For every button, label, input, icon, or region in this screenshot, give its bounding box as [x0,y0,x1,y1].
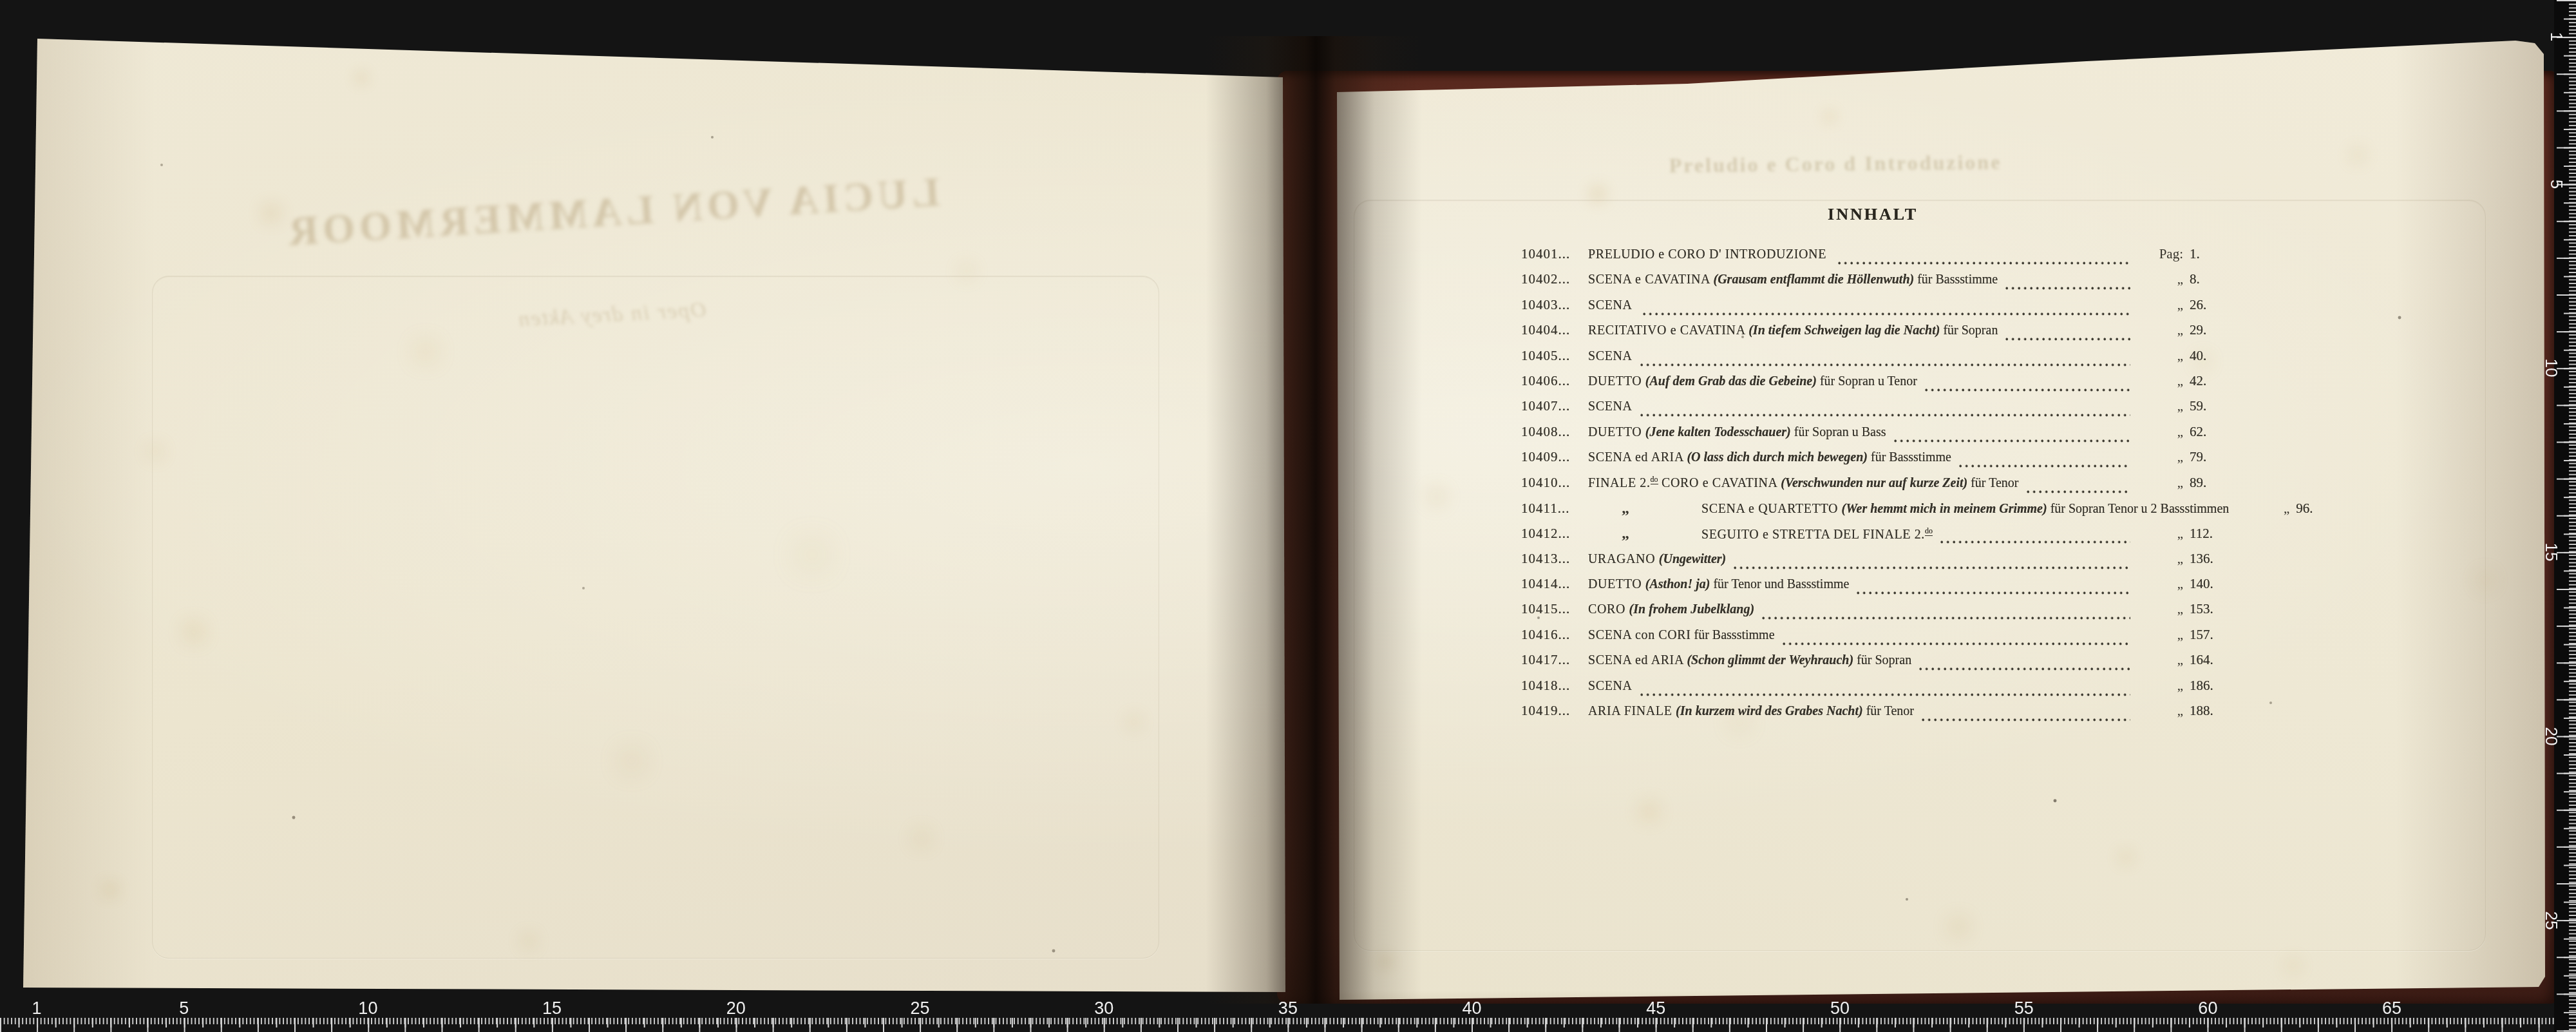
row-number: 10419... [1521,703,1588,719]
page-number: 62. [2183,424,2224,440]
page-number: 188. [2183,703,2224,719]
row-title-segment: für Bassstimme [1691,628,1775,642]
row-title-segment: DUETTO [1588,577,1645,591]
ruler-number: 55 [2014,999,2034,1018]
toc-row: 10408...DUETTO (Jene kalten Todesschauer… [1521,424,2224,449]
row-title-segment: (Wer hemmt mich in meinem Grimme) [1842,502,2047,516]
row-title: DUETTO (Auf dem Grab das die Gebeine) fü… [1588,374,1917,389]
row-title: SCENA ed ARIA (O lass dich durch mich be… [1588,450,1951,465]
ruler-number: 1 [2546,32,2566,41]
scanned-book-spread: LUCIA VON LAMMERMOOR Oper in drey Akten … [0,0,2576,1032]
leader-dots [1940,525,2130,550]
page-mark: „ [2137,271,2183,287]
row-title-segment: für Sopran [1853,653,1911,667]
row-title-segment: (Verschwunden nur auf kurze Zeit) [1781,476,1967,490]
ruler-number: 35 [1278,999,1298,1018]
toc-row: 10411...„SCENA e QUARTETTO (Wer hemmt mi… [1521,500,2224,525]
row-title: SCENA [1588,399,1633,414]
toc-row: 10406...DUETTO (Auf dem Grab das die Geb… [1521,373,2224,398]
foxing-stains [0,0,1,1]
row-title-segment: RECITATIVO e CAVATINA [1588,323,1748,338]
ditto-mark: „ [1588,525,1701,542]
row-title-segment: (Ungewitter) [1659,552,1726,566]
row-title: DUETTO (Jene kalten Todesschauer) für So… [1588,425,1886,440]
row-number: 10405... [1521,348,1588,364]
row-title-segment: CORO [1588,602,1629,616]
row-number: 10406... [1521,373,1588,389]
page-number: 79. [2183,449,2224,465]
row-title-segment: do [1651,475,1658,484]
toc-row: 10403...SCENA „26. [1521,297,2224,322]
ruler-number: 25 [2541,911,2561,930]
page-number: 186. [2183,678,2224,694]
row-title-segment: DUETTO [1588,425,1645,439]
row-number: 10402... [1521,271,1588,287]
ruler-number: 25 [910,999,929,1018]
toc-row: 10405...SCENA„40. [1521,348,2224,373]
toc-row: 10401...PRELUDIO e CORO D' INTRODUZIONE … [1521,246,2224,271]
toc-title: INNHALT [1521,205,2224,224]
row-number: 10415... [1521,601,1588,617]
ink-specks [0,0,1,1]
row-title-segment: SCENA [1588,349,1633,363]
row-title: RECITATIVO e CAVATINA (In tiefem Schweig… [1588,323,1998,338]
page-mark: „ [2137,601,2183,617]
leader-dots [1894,424,2130,449]
ruler-number: 15 [2541,543,2561,562]
toc-row: 10419...ARIA FINALE (In kurzem wird des … [1521,703,2224,728]
leader-dots [1857,576,2130,601]
row-number: 10403... [1521,297,1588,313]
ruler-number: 60 [2198,999,2217,1018]
toc-row: 10413...URAGANO (Ungewitter)„136. [1521,551,2224,576]
row-title-segment: (Jene kalten Todesschauer) [1645,425,1791,439]
row-number: 10407... [1521,398,1588,414]
row-title-segment: URAGANO [1588,552,1659,566]
leader-dots [1919,652,2130,677]
row-title: SEGUITO e STRETTA DEL FINALE 2.do [1701,527,1933,542]
row-number: 10416... [1521,627,1588,643]
page-mark: „ [2137,398,2183,414]
row-title-segment: SCENA ed ARIA [1588,450,1687,464]
row-number: 10410... [1521,475,1588,491]
ruler-number: 1 [32,999,42,1018]
leader-dots [1838,246,2130,271]
page-number: 59. [2183,398,2224,414]
ruler-bottom-numbers: 1510152025303540455055606570 [0,999,2558,1019]
ruler-right: 1510152025 [2554,0,2576,1032]
page-number: 42. [2183,373,2224,389]
leader-dots [2027,475,2130,500]
page-mark: „ [2137,551,2183,567]
page-number: 29. [2183,322,2224,338]
row-title-segment: für Sopran Tenor u 2 Bassstimmen [2047,502,2230,516]
ruler-number: 15 [542,999,562,1018]
row-title-segment: (In tiefem Schweigen lag die Nacht) [1748,323,1940,338]
toc-row: 10414...DUETTO (Asthon! ja) für Tenor un… [1521,576,2224,601]
row-title-segment: (Asthon! ja) [1645,577,1710,591]
row-title-segment: (Schon glimmt der Weyhrauch) [1687,653,1853,667]
row-title-segment: SCENA [1588,679,1633,693]
row-title-segment: für Tenor und Bassstimme [1710,577,1849,591]
row-title-segment: für Sopran [1940,323,1998,338]
row-title-segment: SCENA [1588,399,1633,414]
row-title-segment: (O lass dich durch mich bewegen) [1687,450,1868,464]
row-number: 10417... [1521,652,1588,668]
ruler-number: 40 [1463,999,1482,1018]
row-title-segment: für Bassstimme [1914,272,1998,287]
leader-dots [1762,601,2130,626]
ruler-number: 5 [2546,179,2566,188]
row-number: 10409... [1521,449,1588,465]
page-number: 40. [2183,348,2224,364]
page-mark: „ [2137,297,2183,313]
row-title-segment: für Tenor [1967,476,2018,490]
toc-row: 10407...SCENA„59. [1521,398,2224,423]
row-title: SCENA e CAVATINA (Grausam entflammt die … [1588,272,1998,287]
table-of-contents: INNHALT 10401...PRELUDIO e CORO D' INTRO… [1521,205,2224,728]
ditto-mark: „ [1588,500,1701,517]
row-number: 10411... [1521,501,1588,517]
row-title-segment: (Grausam entflammt die Höllenwuth) [1714,272,1915,287]
page-mark: „ [2137,652,2183,668]
page-number: 89. [2183,475,2224,491]
row-title-segment: für Bassstimme [1868,450,1951,464]
page-number: 140. [2183,576,2224,592]
page-number: 26. [2183,297,2224,313]
row-title-segment: do [1925,526,1933,536]
page-number: 153. [2183,601,2224,617]
ruler-right-numbers: 1510152025 [2554,0,2576,1032]
row-title-segment: SCENA e CAVATINA [1588,272,1714,287]
row-title: URAGANO (Ungewitter) [1588,552,1726,567]
page-mark: „ [2137,627,2183,643]
page-mark: „ [2137,475,2183,491]
ruler-number: 10 [358,999,377,1018]
page-number: 112. [2183,526,2224,542]
page-mark: „ [2137,678,2183,694]
row-title: SCENA con CORI für Bassstimme [1588,628,1775,643]
row-title-segment: CORO e CAVATINA [1658,476,1781,490]
row-title-segment: für Tenor [1863,704,1914,718]
page-mark: „ [2137,576,2183,592]
row-title-segment: für Sopran u Bass [1791,425,1886,439]
toc-row: 10402...SCENA e CAVATINA (Grausam entfla… [1521,271,2224,296]
row-title-segment: für Sopran u Tenor [1817,374,1917,388]
ruler-number: 45 [1646,999,1665,1018]
leader-dots [1922,703,2130,728]
toc-row: 10412...„SEGUITO e STRETTA DEL FINALE 2.… [1521,525,2224,550]
row-title-segment: SCENA con CORI [1588,628,1691,642]
ruler-number: 20 [2541,727,2561,745]
page-mark: „ [2137,424,2183,440]
foxing-stains [0,0,1,1]
row-title-segment: FINALE 2. [1588,476,1651,490]
row-title-segment: PRELUDIO e CORO D' INTRODUZIONE [1588,247,1830,262]
row-title-segment: (In kurzem wird des Grabes Nacht) [1676,704,1863,718]
row-number: 10413... [1521,551,1588,567]
leader-dots [1734,551,2130,576]
toc-row: 10418...SCENA„186. [1521,678,2224,703]
page-mark: „ [2137,449,2183,465]
toc-row: 10416...SCENA con CORI für Bassstimme„15… [1521,627,2224,652]
leader-dots [2005,271,2130,296]
row-title: PRELUDIO e CORO D' INTRODUZIONE [1588,247,1830,262]
page-number: 157. [2183,627,2224,643]
row-title-segment: DUETTO [1588,374,1645,388]
leader-dots [2005,322,2130,347]
leader-dots [1640,348,2130,373]
ruler-number: 65 [2382,999,2401,1018]
row-title: CORO (In frohem Jubelklang) [1588,602,1754,617]
row-title: SCENA e QUARTETTO (Wer hemmt mich in mei… [1701,502,2229,517]
ink-specks [0,0,1,1]
page-mark: Pag: [2137,246,2183,262]
toc-row: 10415...CORO (In frohem Jubelklang)„153. [1521,601,2224,626]
leader-dots [1640,678,2130,703]
leader-dots [1640,398,2130,423]
row-number: 10418... [1521,678,1588,694]
ruler-number: 30 [1094,999,1113,1018]
row-title-segment: (In frohem Jubelklang) [1629,602,1754,616]
ruler-bottom: 1510152025303540455055606570 [0,992,2558,1032]
toc-row: 10417...SCENA ed ARIA (Schon glimmt der … [1521,652,2224,677]
row-title-segment: SCENA e QUARTETTO [1701,502,1842,516]
leader-dots [1643,297,2130,322]
row-title: DUETTO (Asthon! ja) für Tenor und Bassst… [1588,577,1849,592]
row-title-segment: ARIA FINALE [1588,704,1676,718]
ruler-number: 20 [726,999,746,1018]
row-number: 10404... [1521,322,1588,338]
ruler-bottom-ticks [0,1018,2558,1032]
page-mark: „ [2137,322,2183,338]
toc-row: 10410...FINALE 2.do CORO e CAVATINA (Ver… [1521,475,2224,500]
ruler-number: 50 [1830,999,1850,1018]
page-number: 136. [2183,551,2224,567]
row-title: SCENA [1588,298,1635,313]
row-number: 10408... [1521,424,1588,440]
page-mark: „ [2137,526,2183,542]
page-mark: „ [2137,348,2183,364]
plate-impression [152,276,1159,959]
row-number: 10412... [1521,526,1588,542]
row-title-segment: SEGUITO e STRETTA DEL FINALE 2. [1701,527,1925,541]
row-title-segment: (Auf dem Grab das die Gebeine) [1645,374,1817,388]
ruler-number: 10 [2541,359,2561,377]
row-title-segment: SCENA ed ARIA [1588,653,1687,667]
page-mark: „ [2137,703,2183,719]
page-number: 8. [2183,271,2224,287]
toc-rows: 10401...PRELUDIO e CORO D' INTRODUZIONE … [1521,246,2224,728]
row-title: SCENA ed ARIA (Schon glimmt der Weyhrauc… [1588,653,1911,668]
row-title: SCENA [1588,679,1633,694]
leader-dots [1925,373,2130,398]
page-number: 96. [2289,501,2331,517]
leader-dots [1783,627,2130,652]
row-title: FINALE 2.do CORO e CAVATINA (Verschwunde… [1588,475,2019,491]
toc-row: 10409...SCENA ed ARIA (O lass dich durch… [1521,449,2224,474]
ruler-number: 5 [179,999,189,1018]
toc-row: 10404...RECITATIVO e CAVATINA (In tiefem… [1521,322,2224,347]
leader-dots [1959,449,2130,474]
page-mark: „ [2137,373,2183,389]
page-number: 1. [2183,246,2224,262]
row-title: SCENA [1588,349,1633,364]
page-number: 164. [2183,652,2224,668]
row-title: ARIA FINALE (In kurzem wird des Grabes N… [1588,704,1914,719]
row-number: 10414... [1521,576,1588,592]
row-number: 10401... [1521,246,1588,262]
page-mark: „ [2243,501,2289,517]
row-title-segment: SCENA [1588,298,1635,312]
